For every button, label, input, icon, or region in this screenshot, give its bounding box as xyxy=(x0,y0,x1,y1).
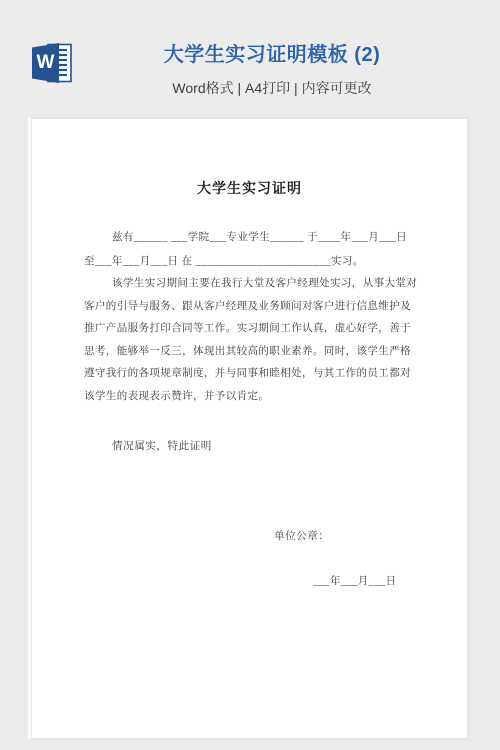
document-title: 大学生实习证明 xyxy=(32,180,467,200)
doc-line: 推广产品服务打印合同等工作。实习期间工作认真，虚心好学，善于 xyxy=(84,318,416,341)
page-subtitle: Word格式 | A4打印 | 内容可更改 xyxy=(44,78,500,98)
doc-line: 兹有______ ___学院___专业学生______ 于____年___月__… xyxy=(84,226,416,250)
doc-line: 客户的引导与服务、跟从客户经理及业务顾问对客户进行信息维护及 xyxy=(84,296,416,319)
body-paragraph: 该学生实习期间主要在我行大堂及客户经理处实习，从事大堂对 客户的引导与服务、跟从… xyxy=(84,273,416,408)
header-text-block: 大学生实习证明模板 (2) Word格式 | A4打印 | 内容可更改 xyxy=(44,0,500,98)
template-preview-screen: W 大学生实习证明模板 (2) Word格式 | A4打印 | 内容可更改 大学… xyxy=(0,0,500,750)
doc-line: 该学生实习期间主要在我行大堂及客户经理处实习，从事大堂对 xyxy=(84,273,416,296)
date-line: ___年___月___日 xyxy=(313,571,397,593)
template-header: W 大学生实习证明模板 (2) Word格式 | A4打印 | 内容可更改 xyxy=(0,0,500,118)
statement-line: 情况属实，特此证明 xyxy=(112,436,212,458)
intro-paragraph: 兹有______ ___学院___专业学生______ 于____年___月__… xyxy=(84,226,416,274)
seal-label: 单位公章： xyxy=(274,526,330,548)
doc-line: 该学生的表现表示赞许，并予以肯定。 xyxy=(84,386,416,409)
doc-line: 遵守我行的各项规章制度，并与同事和睦相处，与其工作的员工都对 xyxy=(84,363,416,386)
doc-line: 思考，能够举一反三，体现出其较高的职业素养。同时，该学生严格 xyxy=(84,341,416,364)
page-title: 大学生实习证明模板 (2) xyxy=(44,41,500,69)
document-page: 大学生实习证明 兹有______ ___学院___专业学生______ 于___… xyxy=(31,118,468,739)
doc-line: 至___年___月___日 在 ________________________… xyxy=(84,250,416,274)
